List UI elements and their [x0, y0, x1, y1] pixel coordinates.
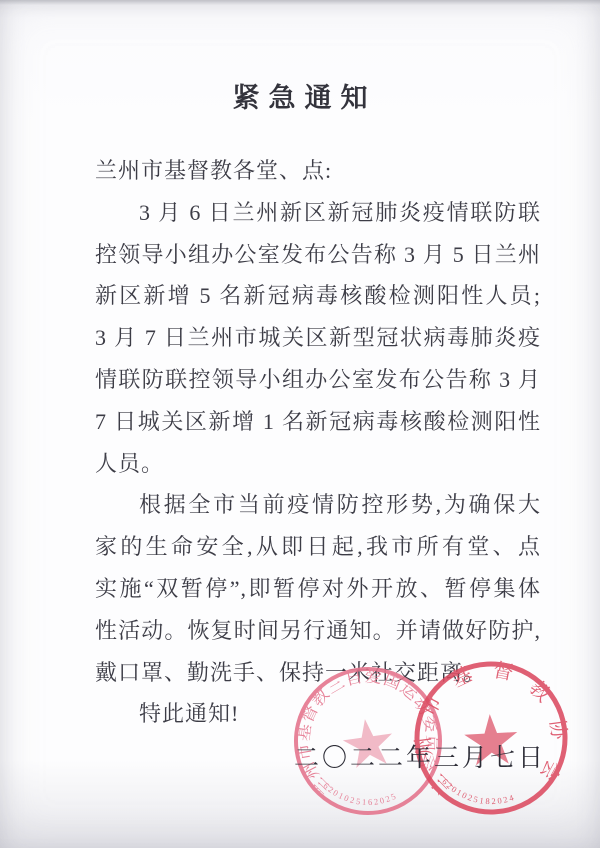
body-line: 家的生命安全,从即日起,我市所有堂、点 [95, 526, 541, 568]
body-line: 根据全市当前疫情防控形势,为确保大 [95, 484, 541, 526]
date-line: 二〇二二年三月七日 [294, 738, 546, 774]
salutation: 兰州市基督教各堂、点: [95, 150, 541, 192]
notice-body: 兰州市基督教各堂、点: 3 月 6 日兰州新区新冠肺炎疫情联防联 控领导小组办公… [95, 150, 541, 735]
body-line: 人员。 [95, 443, 541, 485]
body-line: 情联防联控领导小组办公室发布公告称 3 月 [95, 359, 541, 401]
notice-title: 紧急通知 [0, 76, 600, 115]
body-line: 实施“双暂停”,即暂停对外开放、暂停集体 [95, 568, 541, 610]
body-line: 控领导小组办公室发布公告称 3 月 5 日兰州 [95, 234, 541, 276]
body-line: 3 月 6 日兰州新区新冠肺炎疫情联防联 [95, 192, 541, 234]
stamp-serial: 6201025162025 [321, 771, 400, 814]
scanned-notice-photo: 紧急通知 兰州市基督教各堂、点: 3 月 6 日兰州新区新冠肺炎疫情联防联 控领… [0, 0, 600, 848]
body-line: 7 日城关区新增 1 名新冠病毒核酸检测阳性 [95, 401, 541, 443]
body-line: 3 月 7 日兰州市城关区新型冠状病毒肺炎疫 [95, 317, 541, 359]
body-line: 性活动。恢复时间另行通知。并请做好防护, [95, 610, 541, 652]
body-line: 新区新增 5 名新冠病毒核酸检测阳性人员; [95, 275, 541, 317]
